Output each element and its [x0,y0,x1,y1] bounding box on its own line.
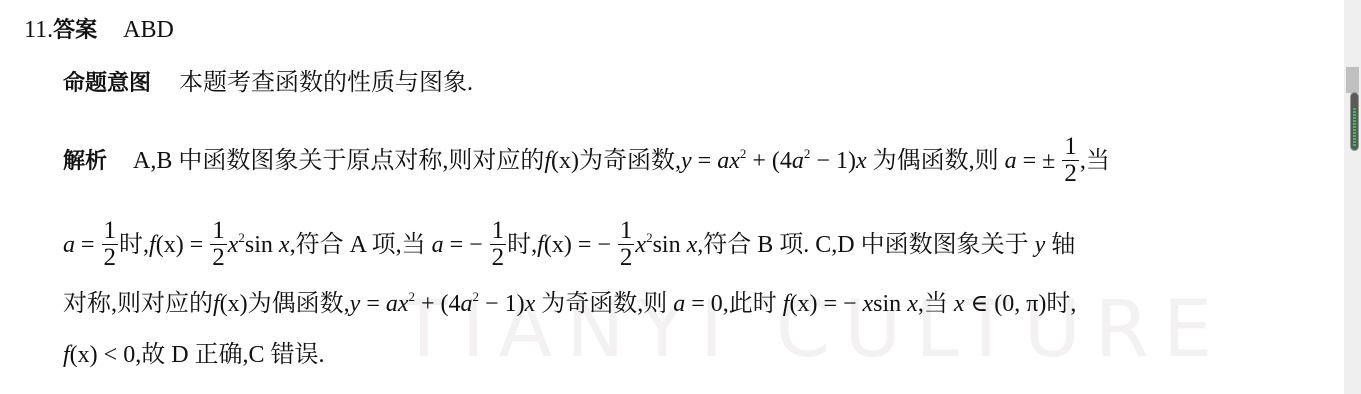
math-text: (x) = − [789,291,862,317]
math-text: − 1) [479,291,525,317]
math-var: ax [386,291,409,317]
fraction: 12 [490,218,507,271]
math-text: sin [245,232,279,258]
math-var: a [1005,148,1017,174]
denominator: 2 [102,244,119,271]
fraction: 12 [1062,134,1079,187]
answer-label: 答案 [53,18,97,43]
intent-label: 命题意图 [63,71,151,96]
math-text: (x) [551,148,579,174]
text-segment: 为奇函数,则 [535,291,673,317]
denominator: 2 [1062,160,1079,187]
text-segment: = 0,此时 [685,291,783,317]
math-text: + (4 [746,148,792,174]
math-sup: 2 [740,146,747,161]
analysis-line-4: f(x) < 0,故 D 正确,C 错误. [63,340,325,370]
math-var: f [149,232,156,258]
math-text: (x) = [156,232,210,258]
math-var: a [63,232,75,258]
text-segment: 对称,则对应的 [63,291,213,317]
math-sup: 2 [473,289,480,304]
fraction: 12 [102,218,119,271]
analysis-line-3: 对称,则对应的f(x)为偶函数,y = ax2 + (4a2 − 1)x 为奇函… [63,289,1076,322]
analysis-line-2: a = 12时,f(x) = 12x2sin x,符合 A 项,当 a = − … [63,220,1075,273]
math-var: f [213,291,220,317]
text-segment: ,当 [1080,148,1110,174]
numerator: 1 [1062,134,1079,160]
text-segment: ,符合 A 项,当 [290,232,432,258]
math-text: + (4 [415,291,461,317]
numerator: 1 [618,218,635,244]
document-page: TIANYI CULTURE 11.答案 ABD 命题意图 本题考查函数的性质与… [0,0,1341,394]
math-var: x [635,232,646,258]
math-var: x [954,291,965,317]
analysis-label: 解析 [63,149,107,174]
math-var: x [279,232,290,258]
text-segment: 为偶函数, [248,291,350,317]
math-var: x [525,291,536,317]
math-text: sin [873,291,907,317]
answer-value: ABD [123,17,174,43]
numerator: 1 [102,218,119,244]
math-var: a [792,148,804,174]
math-text: = [75,232,101,258]
denominator: 2 [490,244,507,271]
math-var: x [863,291,874,317]
scroll-indicator-fill [1353,108,1356,147]
math-var: ax [717,148,740,174]
math-text: sin [653,232,687,258]
denominator: 2 [618,244,635,271]
math-var: x [687,232,698,258]
text-segment: 为偶函数,则 [867,148,1005,174]
math-var: f [537,232,544,258]
math-sup: 2 [409,289,416,304]
math-var: y [681,148,692,174]
text-segment: 轴 [1045,232,1075,258]
intent-line: 命题意图 本题考查函数的性质与图象. [63,68,473,99]
math-var: y [1035,232,1046,258]
math-sup: 2 [804,146,811,161]
fraction: 12 [618,218,635,271]
math-text: − 1) [810,148,856,174]
scroll-indicator-icon [1351,93,1358,150]
text-segment: 为奇函数, [579,148,681,174]
text-segment: ,当 [918,291,954,317]
math-text: = [692,148,718,174]
text-segment: 时, [507,232,537,258]
math-var: x [856,148,867,174]
text-segment: 时, [119,232,149,258]
numerator: 1 [490,218,507,244]
numerator: 1 [210,218,227,244]
text-segment: ,符合 B 项. C,D 中函数图象关于 [697,232,1034,258]
analysis-line-1: 解析 A,B 中函数图象关于原点对称,则对应的f(x)为奇函数,y = ax2 … [63,136,1110,189]
denominator: 2 [210,244,227,271]
math-var: a [432,232,444,258]
intent-text: 本题考查函数的性质与图象. [179,70,473,96]
math-text: = [360,291,386,317]
vertical-scrollbar[interactable] [1344,0,1361,394]
text-segment: (x) < 0,故 D 正确,C 错误. [70,342,325,368]
math-var: x [907,291,918,317]
answer-line: 11.答案 ABD [24,15,174,46]
math-var: x [228,232,239,258]
question-number: 11. [24,17,53,43]
math-sup: 2 [238,230,245,245]
math-text: ∈ (0, π)时, [965,291,1077,317]
math-text: = ± [1017,148,1062,174]
math-var: a [673,291,685,317]
math-text: (x) [220,291,248,317]
text-segment: A,B 中函数图象关于原点对称,则对应的 [133,148,544,174]
math-text: = − [444,232,489,258]
math-sup: 2 [646,230,653,245]
math-var: y [350,291,361,317]
math-var: f [63,342,70,368]
scrollbar-thumb[interactable] [1346,67,1359,93]
fraction: 12 [210,218,227,271]
math-text: (x) = − [544,232,617,258]
math-var: a [461,291,473,317]
